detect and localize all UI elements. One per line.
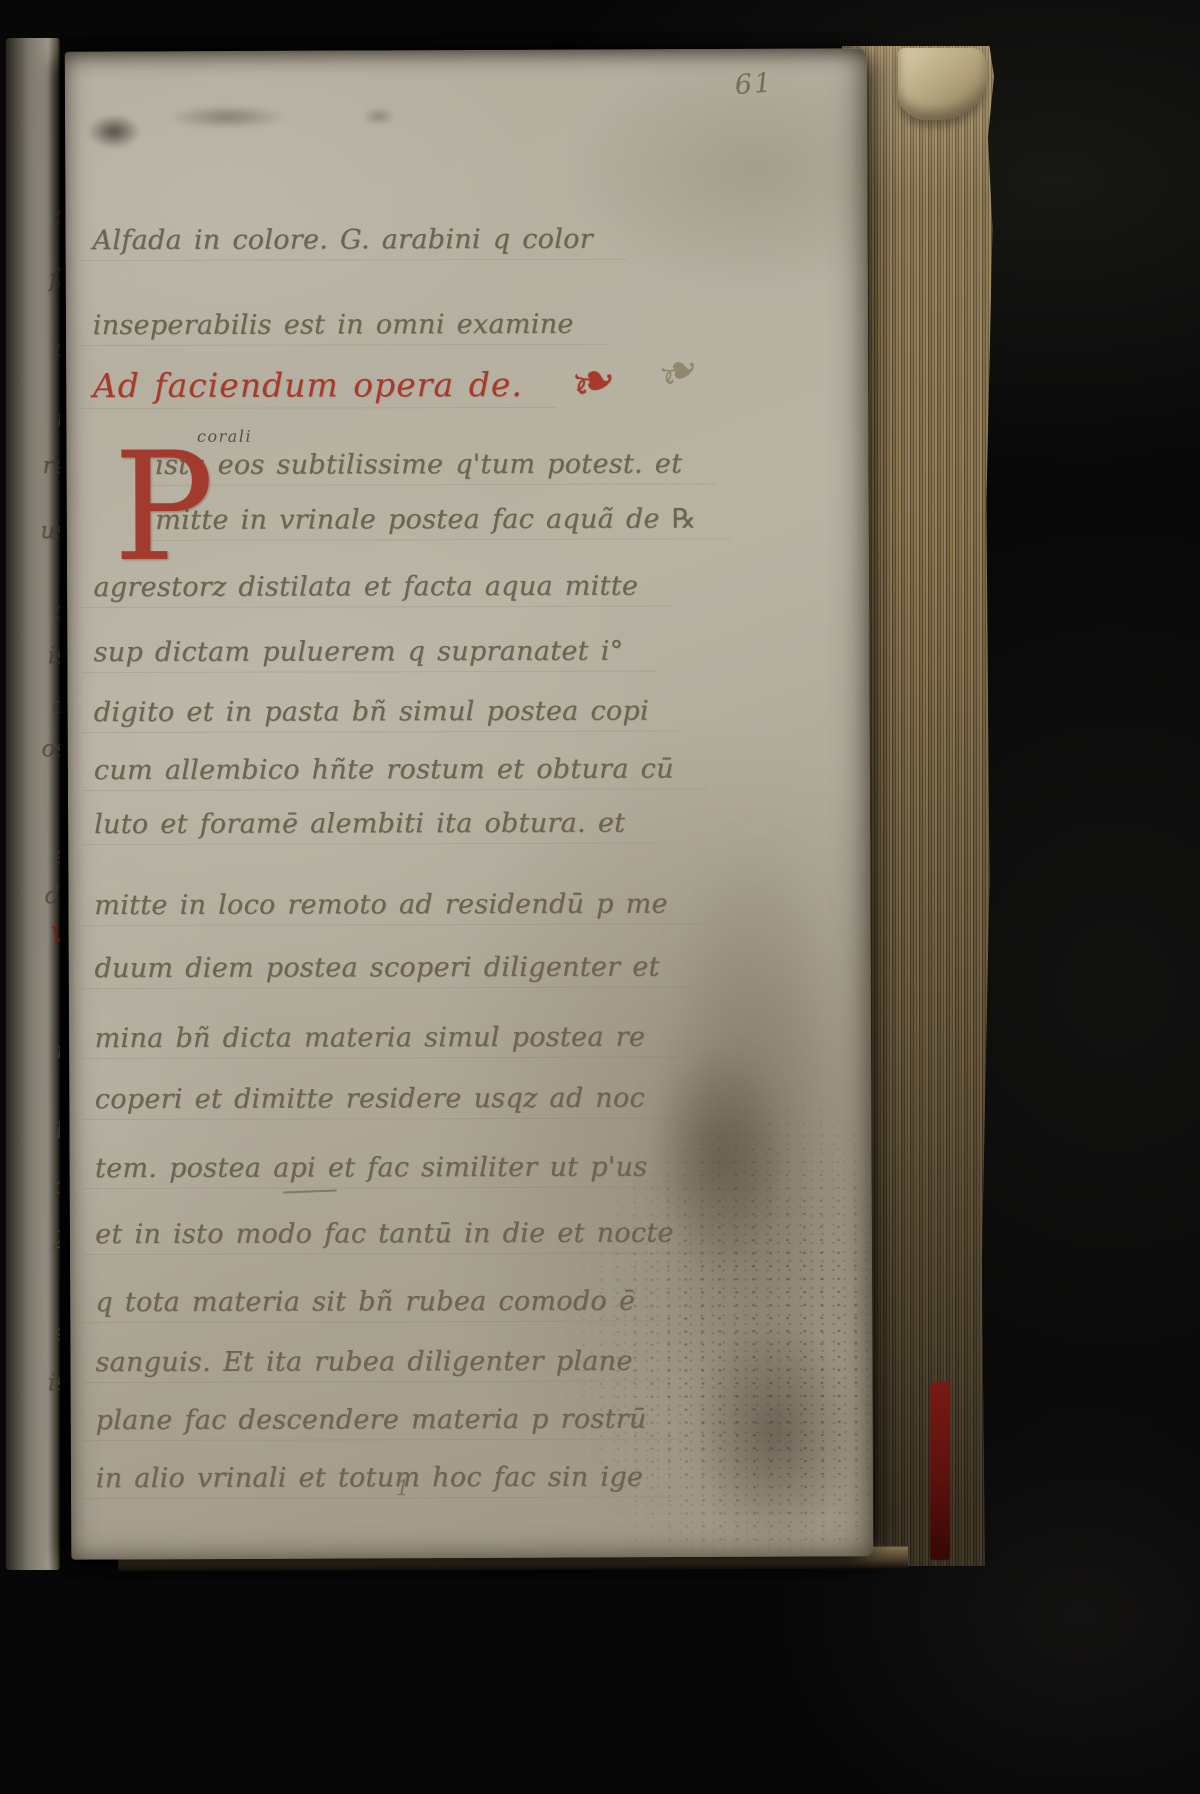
text-line: duum diem postea scoperi diligenter et xyxy=(94,954,659,982)
text-line: luto et foramē alembiti ita obtura. et xyxy=(94,810,625,838)
text-line: inseperabilis est in omni examine xyxy=(93,311,574,339)
word-underline xyxy=(283,1190,337,1194)
page-corner-curl xyxy=(898,48,986,120)
text-line: q tota materia sit bñ rubea comodo ē xyxy=(95,1288,635,1316)
facing-page-text-fragment: r xyxy=(56,1038,60,1064)
facing-page-text-fragment: ſt xyxy=(49,266,60,292)
facing-page-text-fragment: e xyxy=(53,843,60,869)
facing-page-text-fragment: di xyxy=(45,883,60,909)
ink-flourish-icon: ❧ xyxy=(648,337,710,405)
facing-page-text-fragment: V xyxy=(50,923,60,949)
facing-page-text-fragment: e xyxy=(53,1320,60,1346)
text-line: sup dictam puluerem q supranatet i° xyxy=(94,638,624,666)
rubric-line: Ad faciendum opera de. xyxy=(93,368,523,402)
interlinear-gloss: corali xyxy=(197,427,252,446)
facing-page-edge: aſtcrreusaisdosediVr1a2eis xyxy=(6,38,60,1570)
facing-page-text-fragment: is xyxy=(48,1370,60,1396)
text-line: mitte in vrinale postea fac aquã de ℞ xyxy=(155,506,696,534)
facing-page-text-fragment: os xyxy=(41,736,60,762)
text-line: Alfada in colore. G. arabini q color xyxy=(92,226,592,254)
text-line: mitte in loco remoto ad residendū p me xyxy=(94,891,668,920)
quire-mark: 1 xyxy=(396,1476,410,1501)
facing-page-text-fragment: 1 xyxy=(52,1118,60,1144)
book-cover-red-edge xyxy=(930,1382,950,1560)
facing-page-text-fragment: is xyxy=(48,643,60,669)
rubric-leaf-icon: ❧ xyxy=(562,344,625,418)
facing-page-text-fragment: r xyxy=(56,406,60,432)
drop-initial: P xyxy=(113,441,214,576)
text-line: cum allembico hñte rostum et obtura cū xyxy=(94,756,674,785)
facing-page-text-fragment: c xyxy=(54,336,60,362)
text-line: mina bñ dicta materia simul postea re xyxy=(95,1024,646,1052)
facing-page-text-fragment: a xyxy=(53,598,60,624)
facing-page-text-fragment: 2 xyxy=(52,1228,60,1254)
text-line: ista eos subtilissime q'tum potest. et xyxy=(155,451,682,479)
folio-number: 61 xyxy=(734,67,775,101)
dirt-speckles xyxy=(557,1090,869,1551)
photograph-backdrop: aſtcrreusaisdosediVr1a2eis 61 P corali ❧… xyxy=(0,0,1200,1794)
facing-page-text-fragment: re xyxy=(42,453,60,479)
facing-page-text-fragment: a xyxy=(53,1173,60,1199)
facing-page-text-fragment: d xyxy=(52,693,60,719)
manuscript-page: 61 P corali ❧ ❧ 1 Alfada in colore. G. a… xyxy=(65,48,874,1559)
text-line: sanguis. Et ita rubea diligenter plane xyxy=(95,1348,632,1376)
text-line: digito et in pasta bñ simul postea copi xyxy=(94,698,649,726)
facing-page-text-fragment: us xyxy=(40,518,60,544)
facing-page-text-fragment: a xyxy=(53,203,60,229)
